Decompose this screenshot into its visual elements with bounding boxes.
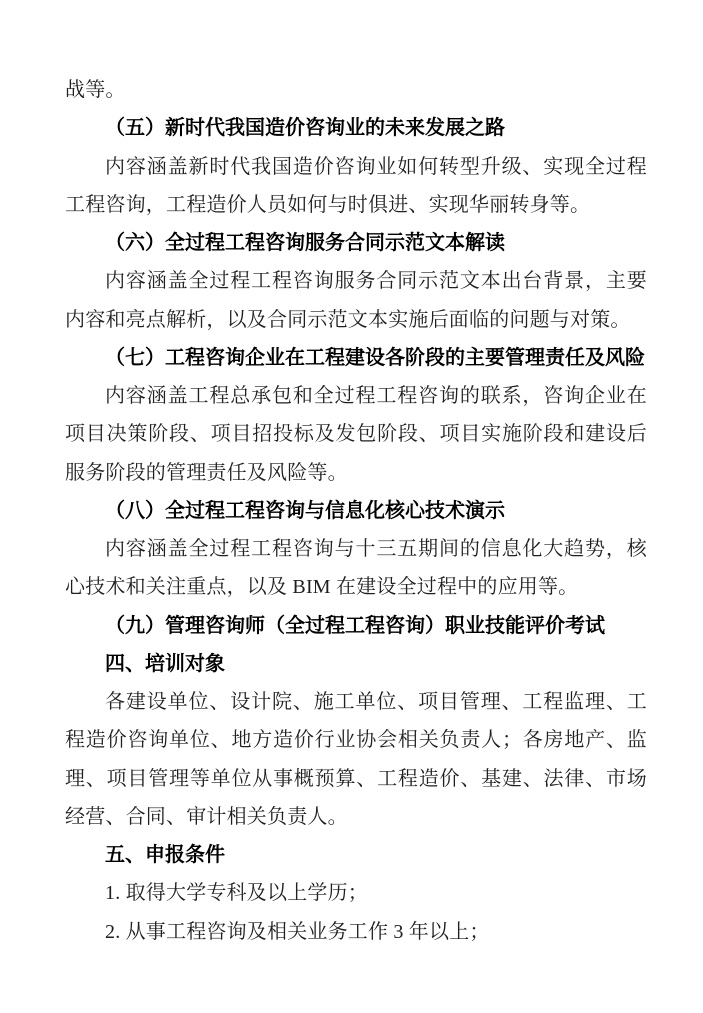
heading-section-5: （五）新时代我国造价咨询业的未来发展之路: [65, 109, 647, 147]
requirement-item-2: 2. 从事工程咨询及相关业务工作 3 年以上；: [65, 913, 647, 951]
heading-section-8: （八）全过程工程咨询与信息化核心技术演示: [65, 492, 647, 530]
heading-section-6: （六）全过程工程咨询服务合同示范文本解读: [65, 224, 647, 262]
requirement-item-1: 1. 取得大学专科及以上学历；: [65, 874, 647, 912]
body-section-5: 内容涵盖新时代我国造价咨询业如何转型升级、实现全过程工程咨询，工程造价人员如何与…: [65, 148, 647, 225]
heading-section-7: （七）工程咨询企业在工程建设各阶段的主要管理责任及风险: [65, 339, 647, 377]
document-page: 战等。 （五）新时代我国造价咨询业的未来发展之路 内容涵盖新时代我国造价咨询业如…: [0, 0, 703, 1013]
heading-training-targets: 四、培训对象: [65, 645, 647, 683]
paragraph-previous-overflow: 战等。: [65, 71, 647, 109]
heading-application-requirements: 五、申报条件: [65, 836, 647, 874]
body-section-7: 内容涵盖工程总承包和全过程工程咨询的联系，咨询企业在项目决策阶段、项目招投标及发…: [65, 377, 647, 492]
body-section-6: 内容涵盖全过程工程咨询服务合同示范文本出台背景，主要内容和亮点解析，以及合同示范…: [65, 262, 647, 339]
heading-section-9: （九）管理咨询师（全过程工程咨询）职业技能评价考试: [65, 607, 647, 645]
body-section-8: 内容涵盖全过程工程咨询与十三五期间的信息化大趋势，核心技术和关注重点，以及 BI…: [65, 530, 647, 607]
body-training-targets: 各建设单位、设计院、施工单位、项目管理、工程监理、工程造价咨询单位、地方造价行业…: [65, 683, 647, 836]
